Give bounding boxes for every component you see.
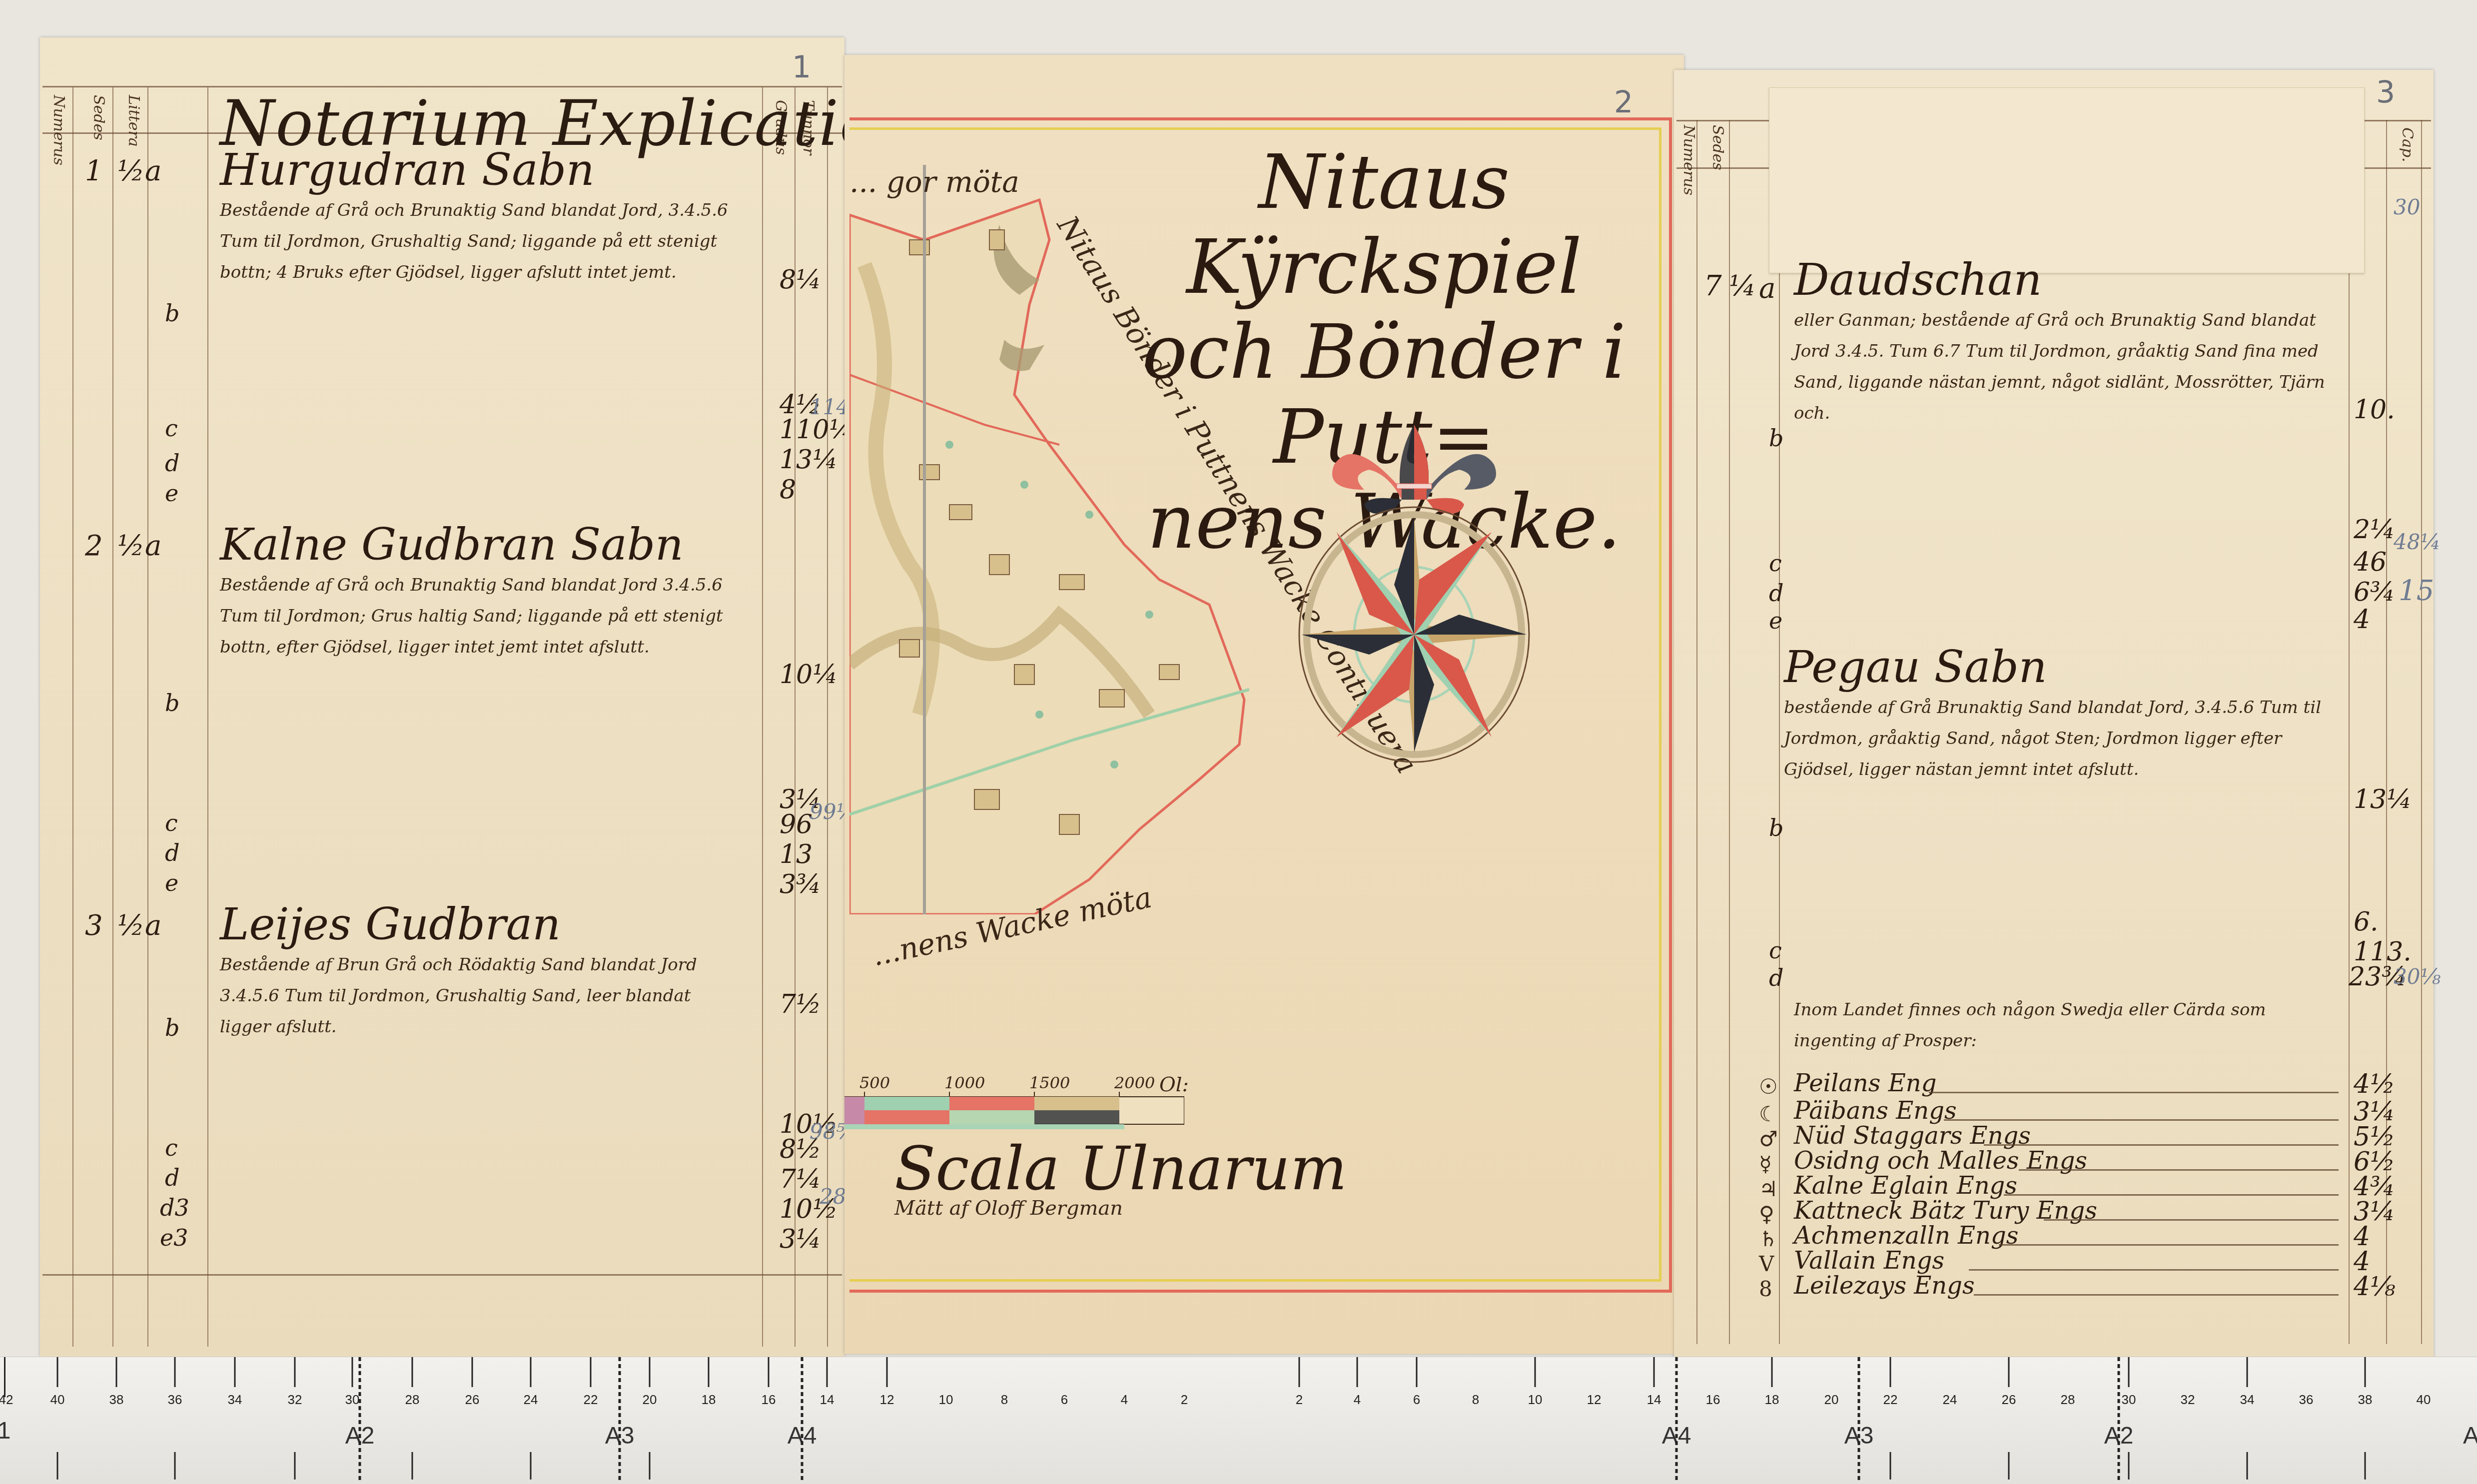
ledger-entry-daudschan: Daudschan eller Ganman; bestående af Grå… (1794, 255, 2334, 429)
item-letter: b (165, 300, 179, 327)
item-letter: d (165, 1164, 179, 1191)
compass-rose-icon (1294, 420, 1534, 769)
paper-patch (1769, 87, 2365, 273)
item-letter: c (165, 809, 178, 836)
leader-line (1944, 1119, 2339, 1121)
column-rule (762, 87, 763, 1347)
leader-line (2044, 1219, 2339, 1221)
entry-description: Bestående af Grå och Brunaktig Sand blan… (220, 195, 745, 288)
item-letter: d (1769, 580, 1783, 607)
page-number-3: 3 (2376, 75, 2395, 110)
astro-symbol-jupiter-icon: ♃ (1759, 1177, 1778, 1201)
column-rule (1729, 120, 1730, 1344)
entry-fraction: ½ (117, 155, 144, 187)
pencil-note: 30⅛ (2394, 964, 2441, 989)
item-letter: d3 (160, 1194, 189, 1221)
meadow-name: Achmenzalln Engs (1794, 1222, 2018, 1250)
fleur-de-lis-icon (1332, 425, 1496, 514)
column-rule (2349, 120, 2350, 1344)
ledger-entry-pegau: Pegau Sabn bestående af Grå Brunaktig Sa… (1784, 642, 2334, 785)
meadow-name: Päibans Engs (1794, 1097, 1957, 1125)
item-value: 6. (2354, 907, 2434, 937)
map-title-line-1: Nitaus Kÿrckspiel (1139, 140, 1629, 310)
entry-description: bestående af Grå Brunaktig Sand blandat … (1784, 692, 2334, 785)
pencil-note: 48¼ (2394, 530, 2441, 554)
entry-number: 2 (85, 530, 103, 562)
pencil-note: 15 (2399, 575, 2434, 607)
entry-description: Bestående af Grå och Brunaktig Sand blan… (220, 570, 745, 663)
meadow-name: Vallain Engs (1794, 1247, 1944, 1275)
leader-line (1974, 1294, 2339, 1296)
item-letter: c (1769, 550, 1782, 577)
col-header-numerus: Numerus (1680, 125, 1697, 195)
col-header-sedes: Sedes (1709, 125, 1726, 170)
footer-rule (42, 1274, 842, 1276)
entry-number: 7 (1704, 270, 1722, 302)
item-letter: b (165, 1014, 179, 1041)
pencil-note: 30 (2394, 195, 2420, 219)
entry-value: 10. (2354, 395, 2434, 425)
entry-fraction: ¼ (1729, 270, 1756, 302)
farm-name: Hurgudran Sabn (220, 145, 745, 195)
entry-letter: a (145, 909, 161, 942)
entry-number: 3 (85, 909, 103, 942)
entry-description: eller Ganman; bestående af Grå och Bruna… (1794, 305, 2334, 429)
item-letter: b (1769, 425, 1783, 452)
scale-tick-label: 1500 (1029, 1073, 1070, 1092)
item-letter: b (1769, 814, 1783, 841)
farm-name: Daudschan (1794, 255, 2334, 305)
meadow-value: 4½ (2354, 1069, 2434, 1099)
item-letter: c (165, 1134, 178, 1161)
page-number-2: 2 (1614, 85, 1633, 120)
surveyor-signature: Mätt af Oloff Bergman (894, 1197, 1123, 1220)
ledger-entry-1: Hurgudran Sabn Bestående af Grå och Brun… (220, 145, 745, 288)
scale-unit-label: Ol: (1159, 1073, 1189, 1096)
leader-line (1929, 1092, 2339, 1093)
column-rule (147, 87, 148, 1347)
column-rule (1779, 120, 1780, 1344)
entry-letter: a (1759, 272, 1775, 305)
ruler-ticks (0, 1357, 2477, 1484)
col-header-littera: Littera (125, 95, 142, 147)
scale-tick-label: 500 (859, 1073, 890, 1092)
column-rule (112, 87, 113, 1347)
astro-symbol-v-icon: V (1759, 1252, 1774, 1276)
item-letter: e (165, 480, 178, 507)
astro-symbol-mars-icon: ♂ (1759, 1127, 1778, 1151)
col-header-numerus: Numerus (50, 95, 67, 165)
column-rule (72, 87, 73, 1347)
scale-bar (844, 1092, 1184, 1132)
scale-title: Scala Ulnarum (894, 1134, 1347, 1204)
entry-letter: a (145, 530, 161, 562)
meadow-name: Peilans Eng (1794, 1069, 1936, 1097)
meadow-name: Leilezays Engs (1794, 1272, 1975, 1300)
astro-symbol-sun-icon: ☉ (1759, 1074, 1778, 1099)
leader-line (2004, 1194, 2339, 1196)
astro-symbol-venus-icon: ♀ (1759, 1202, 1774, 1226)
page-number-1: 1 (792, 50, 811, 85)
leader-line (1969, 1269, 2339, 1271)
meadow-name: Kalne Eglain Engs (1794, 1172, 2017, 1200)
item-letter: d (1769, 964, 1783, 991)
col-header-cap: Cap. (2399, 127, 2416, 162)
scale-tick-label: 1000 (944, 1073, 985, 1092)
meadow-intro: Inom Landet finnes och någon Swedja elle… (1794, 994, 2334, 1056)
measuring-ruler: 42 40 38 36 34 32 30 28 26 24 22 20 18 1… (0, 1357, 2477, 1484)
item-letter: c (1769, 937, 1782, 964)
item-letter: c (165, 415, 178, 442)
item-letter: e (165, 869, 178, 896)
farm-name: Pegau Sabn (1784, 642, 2334, 692)
item-letter: d (165, 450, 179, 477)
leader-line (1999, 1244, 2339, 1246)
item-letter: d (165, 839, 179, 866)
leader-line (2019, 1169, 2339, 1171)
scale-tick-label: 2000 (1114, 1073, 1155, 1092)
entry-value: 13¼ (2354, 784, 2434, 814)
entry-fraction: ½ (117, 530, 144, 562)
item-letter: e (1769, 607, 1782, 634)
column-rule (1696, 120, 1697, 1344)
col-header-sedes: Sedes (90, 95, 107, 140)
entry-description: Bestående af Brun Grå och Rödaktig Sand … (220, 949, 745, 1042)
item-letter: e3 (160, 1224, 188, 1251)
item-letter: b (165, 690, 179, 717)
astro-symbol-moon-icon: ☾ (1759, 1102, 1778, 1126)
item-value: 4 (2354, 605, 2434, 635)
column-rule (207, 87, 208, 1347)
astro-symbol-mercury-icon: ☿ (1759, 1152, 1772, 1176)
map-label-top: ... gor möta (849, 165, 1019, 199)
entry-letter: a (145, 155, 161, 187)
meadow-value: 4⅛ (2354, 1272, 2434, 1302)
astro-symbol-saturn-icon: ♄ (1759, 1227, 1778, 1251)
farm-name: Leijes Gudbran (220, 899, 745, 949)
ledger-entry-3: Leijes Gudbran Bestående af Brun Grå och… (220, 899, 745, 1042)
entry-fraction: ½ (117, 909, 144, 942)
astro-symbol-8-icon: 8 (1759, 1277, 1772, 1301)
leader-line (1984, 1144, 2339, 1146)
farm-name: Kalne Gudbran Sabn (220, 520, 745, 570)
entry-number: 1 (85, 155, 103, 187)
ledger-entry-2: Kalne Gudbran Sabn Bestående af Grå och … (220, 520, 745, 663)
